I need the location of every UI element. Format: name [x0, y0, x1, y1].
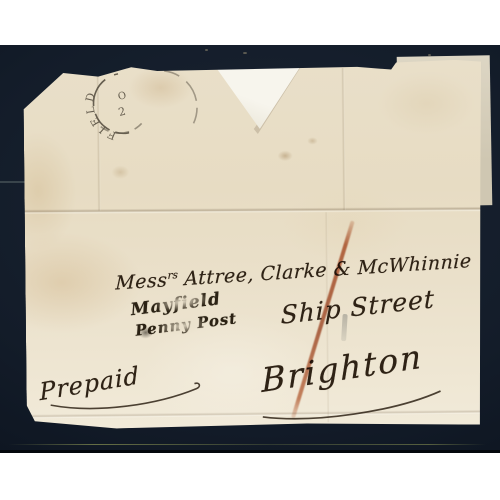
address-superscript: rs [167, 269, 178, 282]
circular-datestamp: FIELD O 2 [76, 62, 199, 155]
datestamp-second-strike-arc [164, 71, 197, 130]
dust-speck [243, 52, 247, 54]
datestamp-month-letter: O [117, 90, 128, 103]
brighton-underline-flourish [255, 389, 451, 423]
penny-post-handstamp: Mayfield Penny Post [130, 284, 266, 340]
address-line-2: Ship Street [281, 284, 435, 330]
letter-cover: FIELD O 2 Mayfield Penny Post Messrs Att… [23, 59, 485, 430]
prepaid-underline-flourish [46, 381, 210, 413]
surface-scratch [8, 444, 486, 445]
datestamp-town-text: FIELD [80, 84, 120, 147]
album-page-photo: FIELD O 2 Mayfield Penny Post Messrs Att… [0, 45, 500, 453]
dust-speck [205, 49, 208, 51]
address-line-1-text: Mess [115, 269, 168, 294]
fold-crease-horizontal [25, 207, 483, 215]
seal-flap [212, 61, 303, 130]
fold-crease-vertical [341, 68, 345, 210]
datestamp-day-digit: 2 [117, 105, 127, 119]
